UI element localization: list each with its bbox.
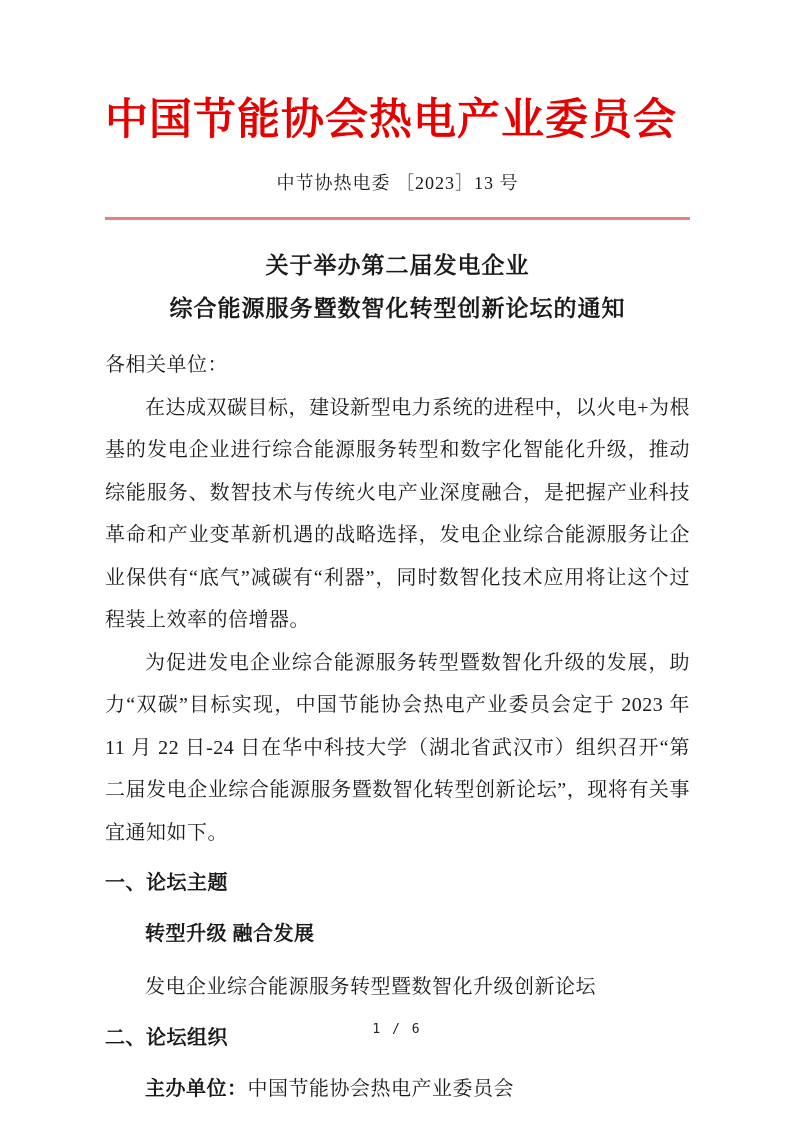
document-title-line-1: 关于举办第二届发电企业 (105, 244, 690, 287)
document-number: 中节协热电委 ［2023］13 号 (105, 171, 690, 195)
body-paragraph-2: 为促进发电企业综合能源服务转型暨数智化升级的发展，助力“双碳”目标实现，中国节能… (105, 642, 690, 855)
document-page: 中国节能协会热电产业委员会 中节协热电委 ［2023］13 号 关于举办第二届发… (0, 0, 794, 1123)
forum-full-name: 发电企业综合能源服务转型暨数智化升级创新论坛 (145, 966, 690, 1009)
organizer-line: 主办单位：中国节能协会热电产业委员会 (145, 1068, 690, 1111)
letterhead-org-title: 中国节能协会热电产业委员会 (105, 95, 690, 147)
salutation: 各相关单位： (105, 344, 690, 387)
organizer-value: 中国节能协会热电产业委员会 (248, 1078, 515, 1100)
document-title-line-2: 综合能源服务暨数智化转型创新论坛的通知 (105, 287, 690, 330)
organizer-label: 主办单位： (145, 1078, 248, 1100)
section-heading-forum-theme: 一、论坛主题 (105, 862, 690, 905)
page-number: 1 / 6 (0, 1022, 794, 1037)
document-title: 关于举办第二届发电企业 综合能源服务暨数智化转型创新论坛的通知 (105, 244, 690, 330)
red-divider-rule (105, 217, 690, 220)
body-paragraph-1: 在达成双碳目标，建设新型电力系统的进程中，以火电+为根基的发电企业进行综合能源服… (105, 387, 690, 642)
forum-theme-slogan: 转型升级 融合发展 (145, 913, 690, 956)
document-body: 各相关单位： 在达成双碳目标，建设新型电力系统的进程中，以火电+为根基的发电企业… (105, 344, 690, 1111)
